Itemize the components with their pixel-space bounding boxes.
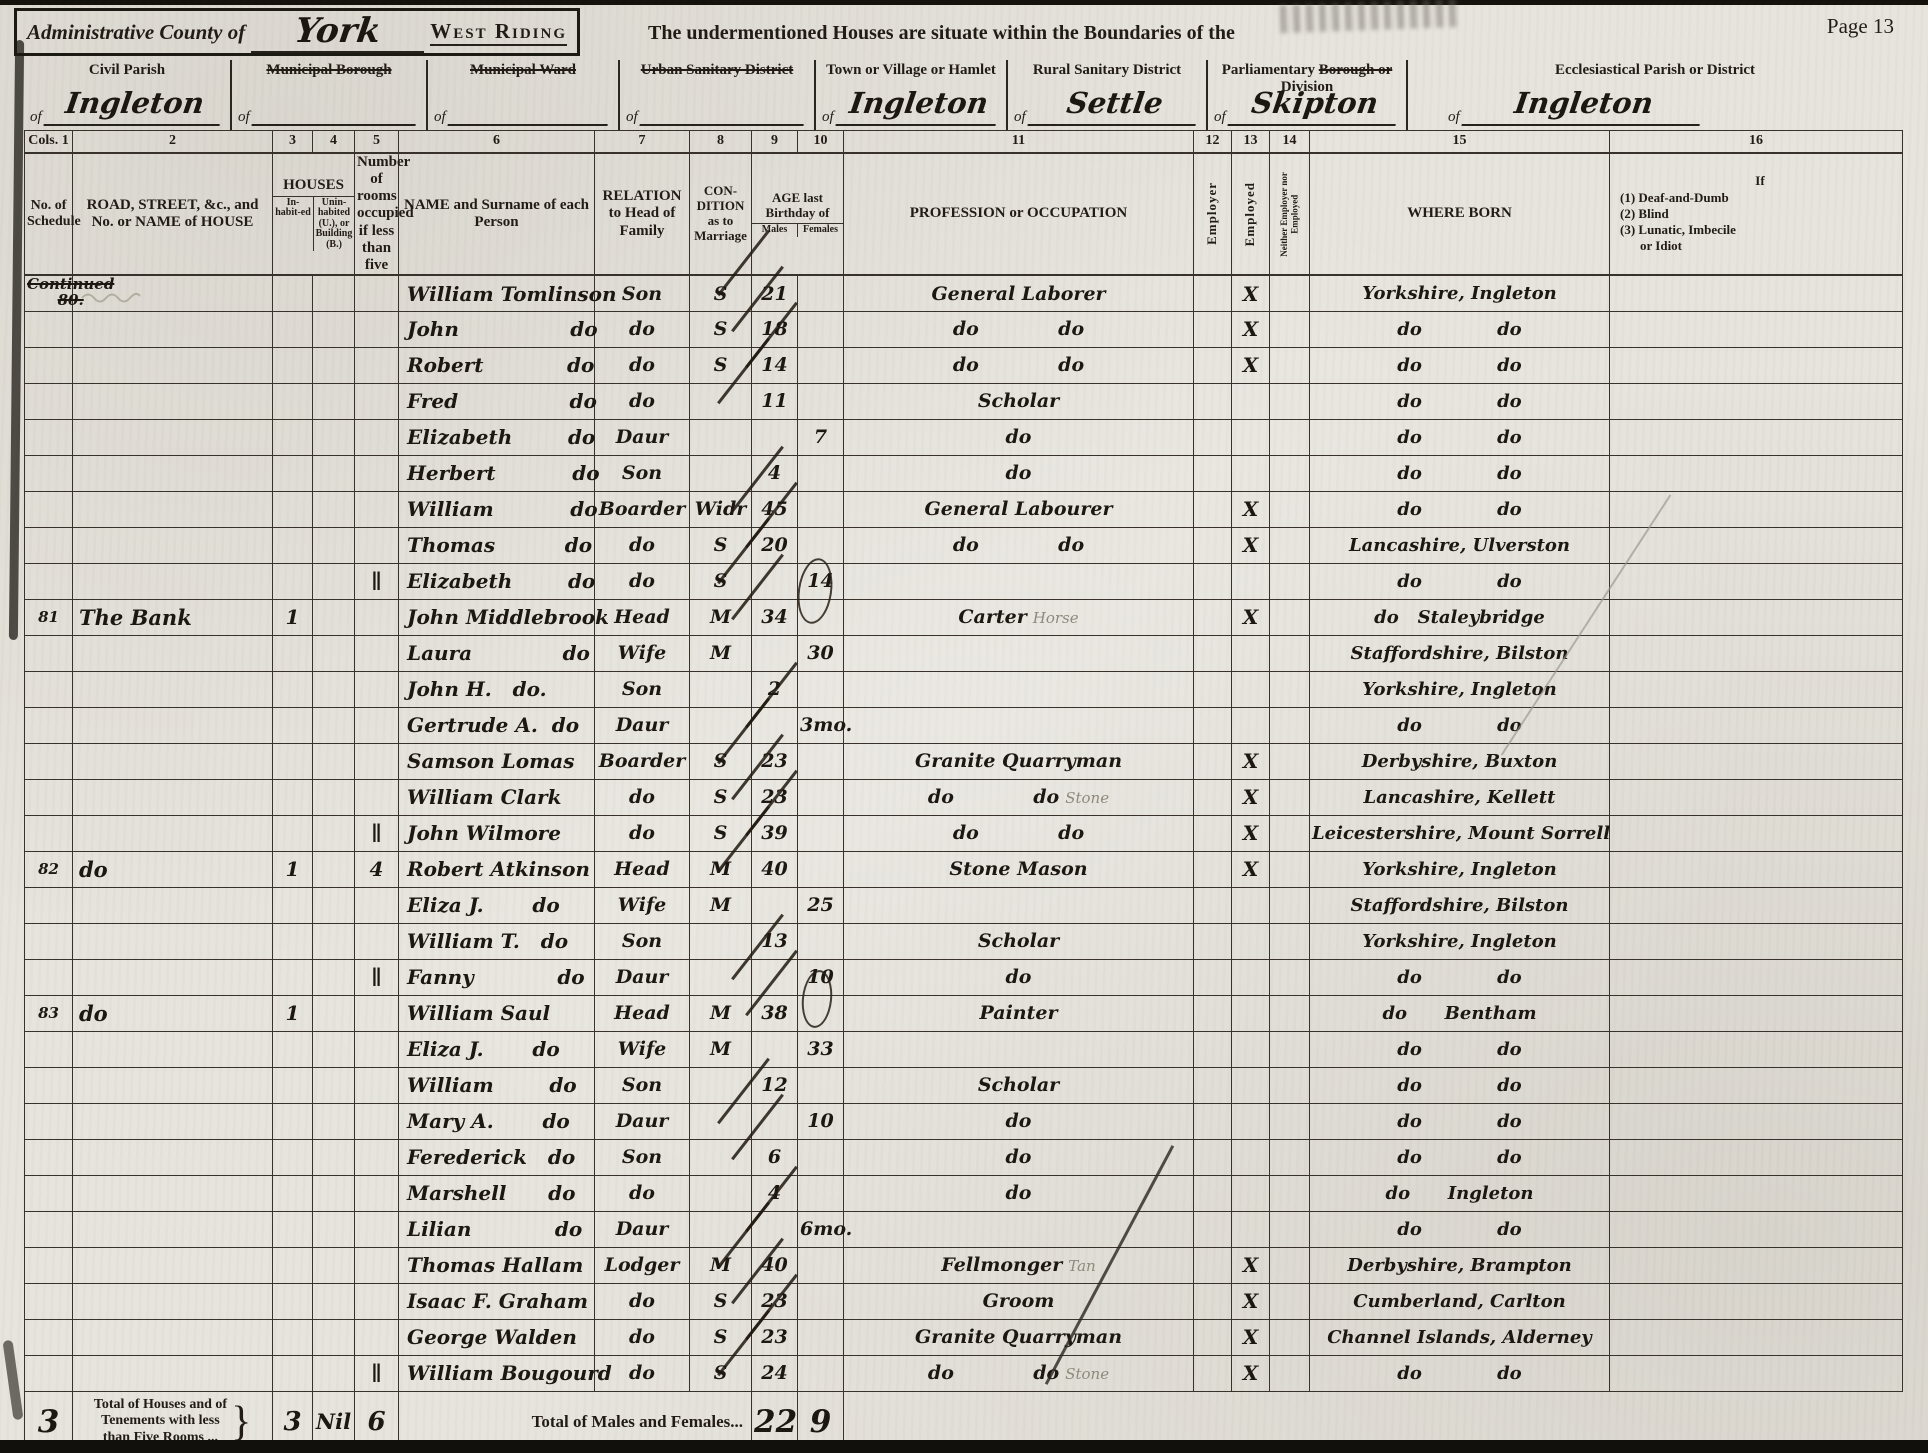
employer-mark: [1194, 743, 1232, 779]
age-male-text: 21: [761, 283, 787, 305]
col-num: 3: [273, 131, 313, 153]
age-female: [798, 311, 844, 347]
relation-to-head-text: Boarder: [599, 750, 685, 772]
employed-mark-text: X: [1243, 497, 1259, 521]
col-num: 9: [752, 131, 798, 153]
marital-condition-text: S: [714, 822, 728, 844]
age-male-text: 2: [768, 678, 781, 700]
person-name: Elizabeth do: [399, 563, 595, 599]
schedule-no: [25, 815, 73, 851]
age-male-text: 23: [761, 1326, 787, 1348]
where-born: do do: [1310, 959, 1610, 995]
where-born: Yorkshire, Ingleton: [1310, 851, 1610, 887]
age-female: [798, 1355, 844, 1391]
where-born: do Bentham: [1310, 995, 1610, 1031]
schedule-no: 82: [25, 851, 73, 887]
schedule-no: [25, 311, 73, 347]
age-male-text: 11: [761, 390, 787, 412]
employer-mark: [1194, 851, 1232, 887]
relation-to-head: do: [595, 1319, 690, 1355]
rooms-under-five: [355, 383, 399, 419]
header-relation: RELATION to Head of Family: [595, 153, 690, 276]
person-name: John H. do.: [399, 671, 595, 707]
road-name: [73, 419, 273, 455]
pencil-annotation: Stone: [1065, 789, 1109, 807]
age-male-text: 40: [761, 1254, 787, 1276]
person-name: Fred do: [399, 383, 595, 419]
occupation: [844, 707, 1194, 743]
occupation-text: Fellmonger: [941, 1254, 1062, 1276]
relation-to-head-text: do: [629, 318, 655, 340]
marital-condition: [690, 707, 752, 743]
neither-mark: [1270, 635, 1310, 671]
person-row: Fred dodo11Scholardo do: [25, 383, 1903, 419]
road-name: [73, 743, 273, 779]
person-name-text: Gertrude A. do: [407, 713, 579, 737]
neither-mark: [1270, 527, 1310, 563]
relation-to-head: Boarder: [595, 491, 690, 527]
marital-condition: Widr: [690, 491, 752, 527]
where-born: do do: [1310, 491, 1610, 527]
marital-condition: [690, 383, 752, 419]
col-num: 2: [73, 131, 273, 153]
rooms-under-five: [355, 311, 399, 347]
schedule-no-text: 81: [38, 608, 59, 626]
infirmity: [1610, 995, 1903, 1031]
schedule-no: [25, 1319, 73, 1355]
occupation: Stone Mason: [844, 851, 1194, 887]
relation-to-head-text: Daur: [616, 1218, 669, 1240]
age-male: [752, 1103, 798, 1139]
employed-mark: [1232, 1139, 1270, 1175]
person-row: John H. do.Son2Yorkshire, Ingleton: [25, 671, 1903, 707]
where-born: do do: [1310, 707, 1610, 743]
employer-mark: [1194, 1211, 1232, 1247]
where-born-text: do do: [1397, 499, 1521, 520]
road-name: [73, 923, 273, 959]
rooms-under-five: [355, 1247, 399, 1283]
occupation-text: do: [1006, 426, 1032, 448]
occupation: [844, 1211, 1194, 1247]
age-male-text: 23: [761, 750, 787, 772]
age-female: 10: [798, 959, 844, 995]
occupation: Scholar: [844, 383, 1194, 419]
column-labels-row: No. ofSchedule ROAD, STREET, &c., and No…: [25, 153, 1903, 276]
person-name-text: Robert do: [407, 353, 594, 377]
marital-condition-text: S: [714, 354, 728, 376]
schedule-no: [25, 383, 73, 419]
col-num: 8: [690, 131, 752, 153]
schedule-no: [25, 491, 73, 527]
where-born-text: do do: [1397, 1111, 1521, 1132]
column-numbers-row: Cols. 1 2 3 4 5 6 7 8 9 10 11 12 13 14 1…: [25, 131, 1903, 153]
age-female: [798, 851, 844, 887]
person-row: Laura doWifeM30Staffordshire, Bilston: [25, 635, 1903, 671]
age-male: 6: [752, 1139, 798, 1175]
rooms-under-five: ∥: [355, 563, 399, 599]
marital-condition-text: S: [714, 534, 728, 556]
header-condition: CON-DITIONas toMarriage: [690, 153, 752, 276]
employed-mark: X: [1232, 527, 1270, 563]
person-row: 82do14Robert AtkinsonHeadM40Stone MasonX…: [25, 851, 1903, 887]
neither-mark: [1270, 887, 1310, 923]
rooms-under-five: [355, 635, 399, 671]
relation-to-head-text: do: [629, 534, 655, 556]
district-value: [447, 90, 612, 126]
houses-uninhabited: [313, 1247, 355, 1283]
age-male: [752, 635, 798, 671]
occupation: Scholar: [844, 923, 1194, 959]
page-number: Page 13: [1827, 14, 1894, 39]
employed-mark: [1232, 707, 1270, 743]
houses-uninhabited: [313, 671, 355, 707]
relation-to-head: Son: [595, 455, 690, 491]
employed-mark: X: [1232, 491, 1270, 527]
occupation: Painter: [844, 995, 1194, 1031]
occupation-text: Scholar: [978, 390, 1059, 412]
occupation: do do: [844, 347, 1194, 383]
occupation: Groom: [844, 1283, 1194, 1319]
neither-mark: [1270, 1139, 1310, 1175]
rooms-under-five: [355, 707, 399, 743]
marital-condition: [690, 959, 752, 995]
where-born-text: do do: [1397, 1363, 1521, 1384]
rooms-under-five: [355, 1031, 399, 1067]
neither-mark: [1270, 1031, 1310, 1067]
employed-mark: [1232, 887, 1270, 923]
employed-mark: [1232, 455, 1270, 491]
relation-to-head: Son: [595, 1067, 690, 1103]
marital-condition: S: [690, 1319, 752, 1355]
col-num: 15: [1310, 131, 1610, 153]
occupation: Scholar: [844, 1067, 1194, 1103]
pencil-annotation: Stone: [1065, 1365, 1109, 1383]
district-municipal-borough: Municipal Borough of: [230, 60, 426, 130]
person-name-text: Fred do: [407, 389, 597, 413]
houses-uninhabited: [313, 311, 355, 347]
schedule-no: 83: [25, 995, 73, 1031]
schedule-no: [25, 779, 73, 815]
road-name: [73, 491, 273, 527]
district-parliamentary: Parliamentary Borough orDivision ofSkipt…: [1206, 60, 1406, 130]
where-born: do do: [1310, 455, 1610, 491]
rooms-under-five: [355, 1103, 399, 1139]
person-name-text: Robert Atkinson: [407, 857, 590, 881]
census-page: Administrative County of York West Ridin…: [0, 0, 1928, 1453]
brace-glyph: }: [231, 1398, 251, 1446]
district-rural-sanitary: Rural Sanitary District ofSettle: [1006, 60, 1206, 130]
houses-inhabited: [273, 959, 313, 995]
marital-condition: [690, 1067, 752, 1103]
houses-inhabited: [273, 527, 313, 563]
person-name: John Wilmore: [399, 815, 595, 851]
person-name: George Walden: [399, 1319, 595, 1355]
age-male: 2: [752, 671, 798, 707]
occupation: General Laborer: [844, 275, 1194, 311]
district-urban-sanitary: Urban Sanitary District of: [618, 60, 814, 130]
marital-condition: [690, 1175, 752, 1211]
employed-mark: [1232, 1211, 1270, 1247]
district-value: Ingleton: [43, 90, 224, 126]
road-name: [73, 347, 273, 383]
header-uninhabited: Unin-habited (U.), or Building (B.): [313, 197, 354, 252]
age-female: 30: [798, 635, 844, 671]
houses-uninhabited: [313, 959, 355, 995]
houses-inhabited: [273, 743, 313, 779]
header-rooms: Number of rooms occupied if less than fi…: [355, 153, 399, 276]
occupation: do: [844, 419, 1194, 455]
age-male: 18: [752, 311, 798, 347]
age-female: [798, 815, 844, 851]
person-name-text: Thomas do: [407, 533, 592, 557]
relation-to-head: Daur: [595, 707, 690, 743]
rooms-under-five: [355, 491, 399, 527]
age-female: [798, 347, 844, 383]
relation-to-head-text: Head: [614, 1002, 670, 1024]
occupation-text: do: [1006, 462, 1032, 484]
relation-to-head-text: do: [629, 354, 655, 376]
scan-left-edge: [2, 1340, 23, 1421]
infirmity: [1610, 815, 1903, 851]
person-name-text: Mary A. do: [407, 1109, 570, 1133]
road-name: [73, 1355, 273, 1391]
marital-condition: S: [690, 311, 752, 347]
where-born-text: do do: [1397, 1147, 1521, 1168]
where-born-text: do Ingleton: [1386, 1183, 1534, 1204]
person-row: Gertrude A. doDaur3mo.do do: [25, 707, 1903, 743]
schedule-no: [25, 743, 73, 779]
houses-uninhabited: [313, 563, 355, 599]
person-name-text: William Clark: [407, 785, 561, 809]
neither-mark: [1270, 851, 1310, 887]
scan-bottom-edge: [0, 1440, 1928, 1453]
occupation: [844, 887, 1194, 923]
age-female: 25: [798, 887, 844, 923]
infirmity: [1610, 1355, 1903, 1391]
age-male: 45: [752, 491, 798, 527]
person-name-text: William Bougourd: [407, 1361, 612, 1385]
marital-condition: [690, 1211, 752, 1247]
employed-mark-text: X: [1243, 605, 1259, 629]
infirmity: [1610, 563, 1903, 599]
employed-mark: X: [1232, 851, 1270, 887]
rooms-under-five: ∥: [355, 815, 399, 851]
where-born: Yorkshire, Ingleton: [1310, 275, 1610, 311]
relation-to-head-text: Son: [622, 930, 662, 952]
age-male-text: 4: [768, 462, 781, 484]
person-row: ∥John WilmoredoS39do doXLeicestershire, …: [25, 815, 1903, 851]
census-table: Cols. 1 2 3 4 5 6 7 8 9 10 11 12 13 14 1…: [24, 130, 1902, 1453]
employed-mark: X: [1232, 1319, 1270, 1355]
houses-uninhabited: [313, 1211, 355, 1247]
relation-to-head: do: [595, 347, 690, 383]
neither-mark: [1270, 599, 1310, 635]
road-name: [73, 1283, 273, 1319]
age-male: 24: [752, 1355, 798, 1391]
houses-inhabited: [273, 1319, 313, 1355]
relation-to-head-text: Son: [622, 1146, 662, 1168]
col-num: 13: [1232, 131, 1270, 153]
employer-mark: [1194, 275, 1232, 311]
person-row: Eliza J. doWifeM33do do: [25, 1031, 1903, 1067]
scan-left-edge: [9, 40, 24, 640]
employer-mark: [1194, 887, 1232, 923]
person-name-text: Samson Lomas: [407, 749, 574, 773]
marital-condition-text: M: [710, 606, 731, 628]
person-name: Thomas do: [399, 527, 595, 563]
person-name-text: Eliza J. do: [407, 893, 560, 917]
occupation: do doStone: [844, 1355, 1194, 1391]
employed-mark-text: X: [1243, 749, 1259, 773]
neither-mark: [1270, 383, 1310, 419]
employed-mark: [1232, 671, 1270, 707]
occupation: do: [844, 455, 1194, 491]
schedule-no: [25, 635, 73, 671]
person-row: William ClarkdoS23do doStoneXLancashire,…: [25, 779, 1903, 815]
road-name: [73, 1319, 273, 1355]
employed-mark: [1232, 1175, 1270, 1211]
person-row: Eliza J. doWifeM25Staffordshire, Bilston: [25, 887, 1903, 923]
occupation: do doStone: [844, 779, 1194, 815]
where-born-text: Staffordshire, Bilston: [1351, 643, 1569, 664]
age-female-text: 7: [814, 426, 827, 448]
relation-to-head: do: [595, 311, 690, 347]
where-born-text: do do: [1397, 1039, 1521, 1060]
employed-mark-text: X: [1243, 785, 1259, 809]
relation-to-head: do: [595, 527, 690, 563]
age-male-text: 24: [761, 1362, 787, 1384]
age-female: 3mo.: [798, 707, 844, 743]
age-male: 34: [752, 599, 798, 635]
age-female-text: 30: [807, 642, 833, 664]
houses-inhabited: [273, 1211, 313, 1247]
houses-inhabited: [273, 1139, 313, 1175]
person-row: Isaac F. GrahamdoS23GroomXCumberland, Ca…: [25, 1283, 1903, 1319]
person-row: Elizabeth doDaur7dodo do: [25, 419, 1903, 455]
relation-to-head: Lodger: [595, 1247, 690, 1283]
age-male-text: 13: [761, 930, 787, 952]
road-name: [73, 1103, 273, 1139]
where-born: do do: [1310, 419, 1610, 455]
occupation: [844, 671, 1194, 707]
person-name: Ferederick do: [399, 1139, 595, 1175]
road-name-text: do: [79, 857, 108, 882]
houses-uninhabited: [313, 527, 355, 563]
infirmity: [1610, 383, 1903, 419]
marital-condition: [690, 419, 752, 455]
age-male-text: 39: [761, 822, 787, 844]
district-label: Civil Parish: [24, 62, 230, 79]
where-born-text: do do: [1397, 715, 1521, 736]
houses-inhabited: [273, 311, 313, 347]
age-male: [752, 419, 798, 455]
district-value: Skipton: [1227, 90, 1400, 126]
district-value: Ingleton: [1461, 90, 1704, 126]
relation-to-head-text: do: [629, 570, 655, 592]
schedule-no: [25, 563, 73, 599]
occupation: CarterHorse: [844, 599, 1194, 635]
age-male: 23: [752, 779, 798, 815]
houses-uninhabited: [313, 599, 355, 635]
employed-mark-text: X: [1243, 533, 1259, 557]
relation-to-head: Daur: [595, 419, 690, 455]
where-born: do do: [1310, 1103, 1610, 1139]
houses-inhabited: [273, 707, 313, 743]
relation-to-head-text: Wife: [618, 642, 666, 664]
marital-condition: [690, 923, 752, 959]
houses-uninhabited: [313, 275, 355, 311]
admin-county-value: York: [251, 11, 424, 53]
occupation-text: do do: [953, 822, 1084, 844]
relation-to-head: Boarder: [595, 743, 690, 779]
rooms-under-five: ∥: [355, 959, 399, 995]
houses-uninhabited: [313, 1283, 355, 1319]
employed-mark-text: X: [1243, 317, 1259, 341]
relation-to-head: Head: [595, 851, 690, 887]
houses-uninhabited: [313, 779, 355, 815]
infirmity: [1610, 527, 1903, 563]
person-name-text: William do: [407, 1073, 577, 1097]
occupation-text: Painter: [980, 1002, 1058, 1024]
employed-mark-text: X: [1243, 353, 1259, 377]
occupation-text: do: [1006, 1110, 1032, 1132]
rooms-under-five: [355, 419, 399, 455]
infirmity: [1610, 1139, 1903, 1175]
header-inhabited: In-habit-ed: [273, 197, 313, 252]
person-row: George WaldendoS23Granite QuarrymanXChan…: [25, 1319, 1903, 1355]
rooms-under-five: 4: [355, 851, 399, 887]
district-town-village: Town or Village or Hamlet ofIngleton: [814, 60, 1006, 130]
age-male-text: 6: [768, 1146, 781, 1168]
road-name: [73, 707, 273, 743]
where-born: Yorkshire, Ingleton: [1310, 923, 1610, 959]
age-male: 23: [752, 743, 798, 779]
employer-mark: [1194, 455, 1232, 491]
schedule-no-text: 83: [38, 1004, 59, 1022]
houses-uninhabited: [313, 707, 355, 743]
person-name: Fanny do: [399, 959, 595, 995]
header-occupation: PROFESSION or OCCUPATION: [844, 153, 1194, 276]
age-female: [798, 995, 844, 1031]
houses-inhabited-text: 1: [286, 1001, 300, 1025]
relation-to-head-text: do: [629, 1182, 655, 1204]
employer-mark: [1194, 527, 1232, 563]
employed-mark: [1232, 1067, 1270, 1103]
employed-mark: [1232, 1103, 1270, 1139]
marital-condition-text: S: [714, 1290, 728, 1312]
houses-inhabited: [273, 419, 313, 455]
neither-mark: [1270, 815, 1310, 851]
rooms-under-five-text: ∥: [371, 965, 382, 989]
age-male-text: 38: [761, 1002, 787, 1024]
marital-condition: M: [690, 995, 752, 1031]
employed-mark: X: [1232, 275, 1270, 311]
occupation: do: [844, 1139, 1194, 1175]
where-born-text: Leicestershire, Mount Sorrell: [1312, 823, 1610, 844]
person-row: Marshell dodo4dodo Ingleton: [25, 1175, 1903, 1211]
relation-to-head-text: do: [629, 1290, 655, 1312]
road-name: [73, 1175, 273, 1211]
person-name-text: William Tomlinson: [407, 282, 617, 306]
marital-condition: S: [690, 779, 752, 815]
age-female: [798, 923, 844, 959]
person-name-text: Thomas Hallam: [407, 1253, 583, 1277]
person-name: Eliza J. do: [399, 1031, 595, 1067]
person-row: 83do1William SaulHeadM38Painterdo Bentha…: [25, 995, 1903, 1031]
person-row: Thomas HallamLodgerM40FellmongerTanXDerb…: [25, 1247, 1903, 1283]
person-name-text: Isaac F. Graham: [407, 1289, 588, 1313]
marital-condition: S: [690, 743, 752, 779]
